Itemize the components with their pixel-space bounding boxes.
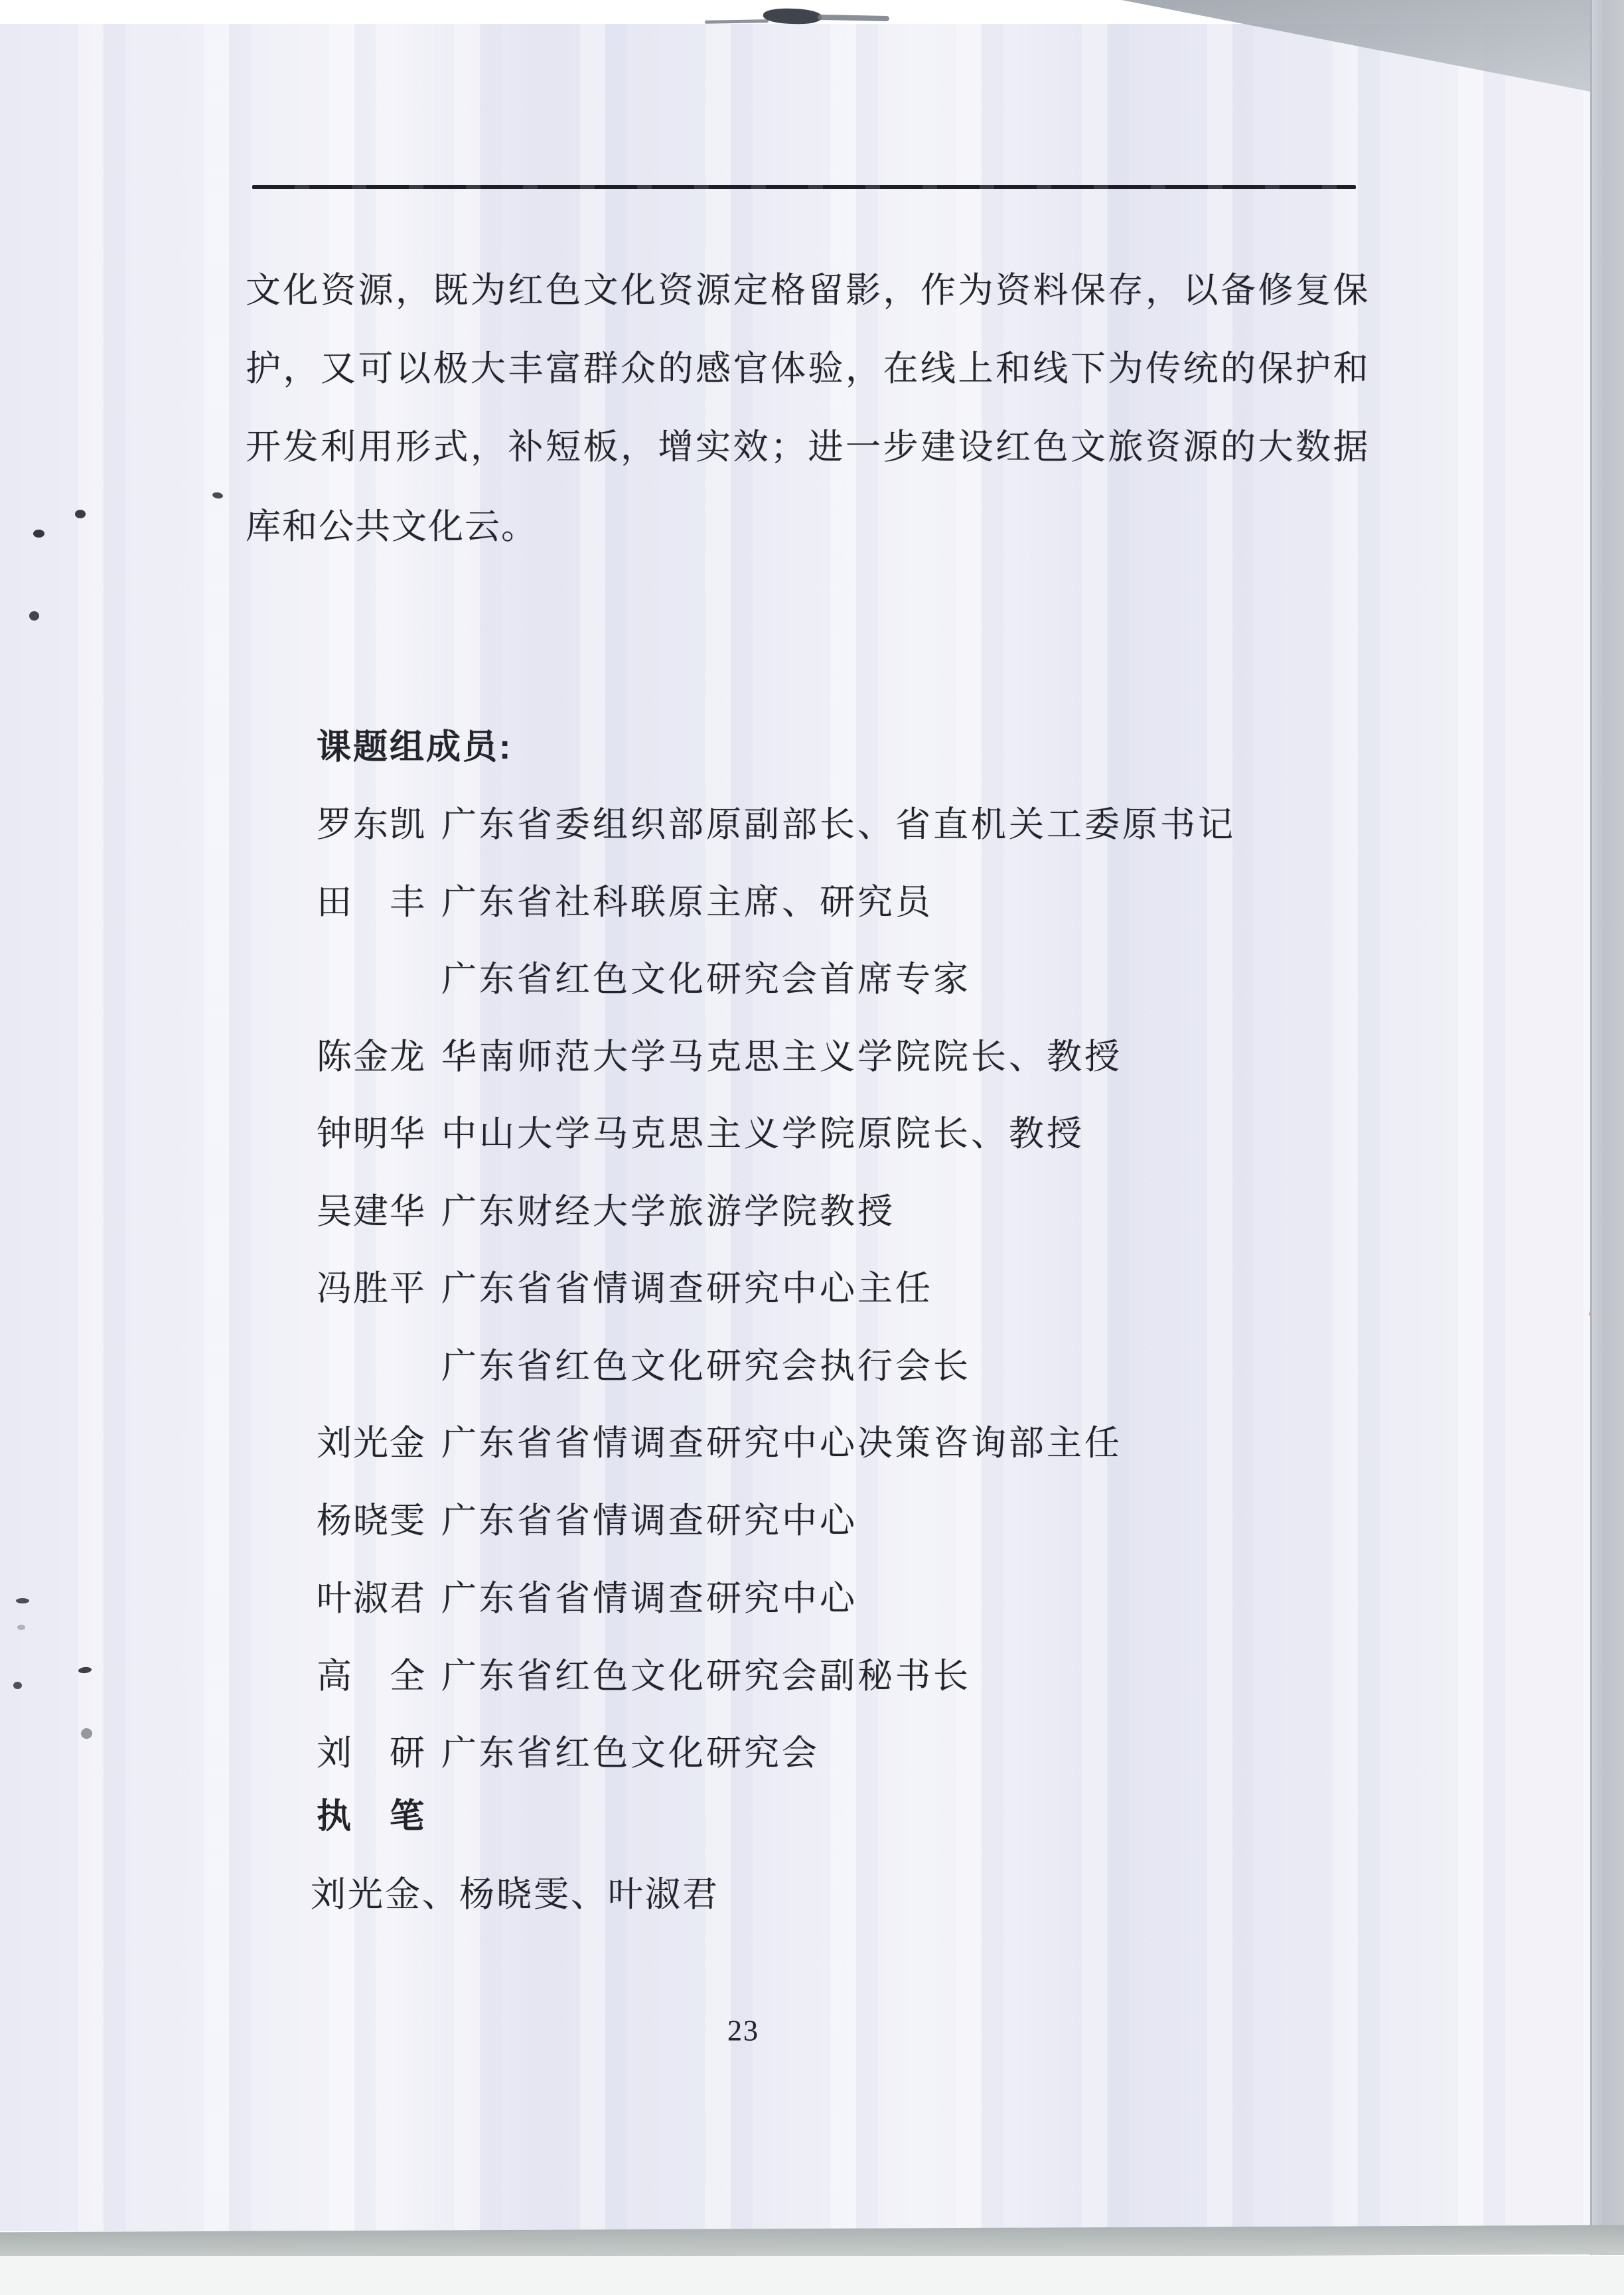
scan-speck: [33, 530, 44, 538]
member-row: 刘光金 广东省省情调查研究中心决策咨询部主任: [0, 1415, 1624, 1456]
member-row: 广东省红色文化研究会执行会长: [0, 1338, 1624, 1379]
member-name: 罗东凯: [317, 796, 426, 847]
member-name: 田 丰: [317, 874, 426, 925]
writers-section-heading: 执 笔: [317, 1788, 426, 1838]
member-row: 高 全 广东省红色文化研究会副秘书长: [0, 1648, 1624, 1689]
member-name: 吴建华: [317, 1183, 426, 1234]
member-affiliation: 中山大学马克思主义学院原院长、教授: [441, 1106, 1084, 1156]
member-name: 刘 研: [317, 1725, 426, 1775]
member-affiliation: 广东省社科联原主席、研究员: [441, 874, 933, 925]
member-affiliation: 广东省红色文化研究会: [441, 1725, 820, 1775]
member-row: 罗东凯 广东省委组织部原副部长、省直机关工委原书记: [0, 796, 1624, 838]
member-row: 刘 研 广东省红色文化研究会: [0, 1725, 1624, 1766]
member-row: 杨晓雯 广东省省情调查研究中心: [0, 1493, 1624, 1534]
scanner-bed-background: [0, 2256, 1624, 2295]
team-section-heading: 课题组成员:: [317, 719, 512, 769]
member-name: 杨晓雯: [317, 1493, 426, 1543]
paragraph-line: 护，又可以极大丰富群众的感官体验，在线上和线下为传统的保护和: [246, 340, 1370, 391]
scan-smudge: [763, 7, 822, 25]
member-row: 田 丰 广东省社科联原主席、研究员: [0, 874, 1624, 915]
member-affiliation: 广东省省情调查研究中心主任: [441, 1260, 933, 1311]
member-affiliation: 广东省红色文化研究会副秘书长: [441, 1648, 971, 1698]
scan-smudge: [818, 15, 889, 21]
member-name: 冯胜平: [317, 1260, 426, 1311]
member-row: 广东省红色文化研究会首席专家: [0, 951, 1624, 992]
member-name: 钟明华: [317, 1106, 426, 1156]
member-affiliation: 广东省红色文化研究会执行会长: [441, 1338, 971, 1388]
member-row: 钟明华 中山大学马克思主义学院原院长、教授: [0, 1106, 1624, 1147]
member-row: 吴建华 广东财经大学旅游学院教授: [0, 1183, 1624, 1224]
paragraph-line: 开发利用形式，补短板，增实效；进一步建设红色文旅资源的大数据: [246, 419, 1370, 469]
scan-smudge: [705, 19, 769, 24]
member-affiliation: 广东省委组织部原副部长、省直机关工委原书记: [441, 796, 1236, 847]
scanned-document-page: 文化资源，既为红色文化资源定格留影，作为资料保存，以备修复保 护，又可以极大丰富…: [0, 0, 1624, 2295]
scan-speck: [16, 1598, 29, 1603]
member-affiliation: 华南师范大学马克思主义学院院长、教授: [441, 1029, 1122, 1079]
member-affiliation: 广东省省情调查研究中心决策咨询部主任: [441, 1415, 1122, 1465]
paragraph-line: 库和公共文化云。: [246, 498, 538, 549]
scan-right-edge-shadow: [1590, 0, 1624, 2255]
member-affiliation: 广东省红色文化研究会首席专家: [441, 951, 971, 1001]
scan-speck: [75, 510, 86, 518]
scan-speck: [81, 1728, 92, 1739]
member-name: 刘光金: [317, 1415, 426, 1465]
scan-speck: [29, 611, 39, 621]
member-row: 叶淑君 广东省省情调查研究中心: [0, 1570, 1624, 1611]
writers-names: 刘光金、杨晓雯、叶淑君: [311, 1866, 719, 1917]
header-divider-line: [252, 185, 1356, 189]
member-affiliation: 广东省省情调查研究中心: [441, 1570, 857, 1621]
member-affiliation: 广东财经大学旅游学院教授: [441, 1183, 895, 1234]
member-name: 高 全: [317, 1648, 426, 1698]
member-name: 陈金龙: [317, 1029, 426, 1079]
page-number: 23: [727, 2014, 759, 2047]
paragraph-line: 文化资源，既为红色文化资源定格留影，作为资料保存，以备修复保: [246, 262, 1370, 313]
scan-speck: [13, 1682, 22, 1689]
member-row: 冯胜平 广东省省情调查研究中心主任: [0, 1260, 1624, 1301]
scan-speck: [17, 1625, 25, 1630]
member-name: 叶淑君: [317, 1570, 426, 1621]
member-row: 陈金龙 华南师范大学马克思主义学院院长、教授: [0, 1029, 1624, 1070]
member-affiliation: 广东省省情调查研究中心: [441, 1493, 857, 1543]
